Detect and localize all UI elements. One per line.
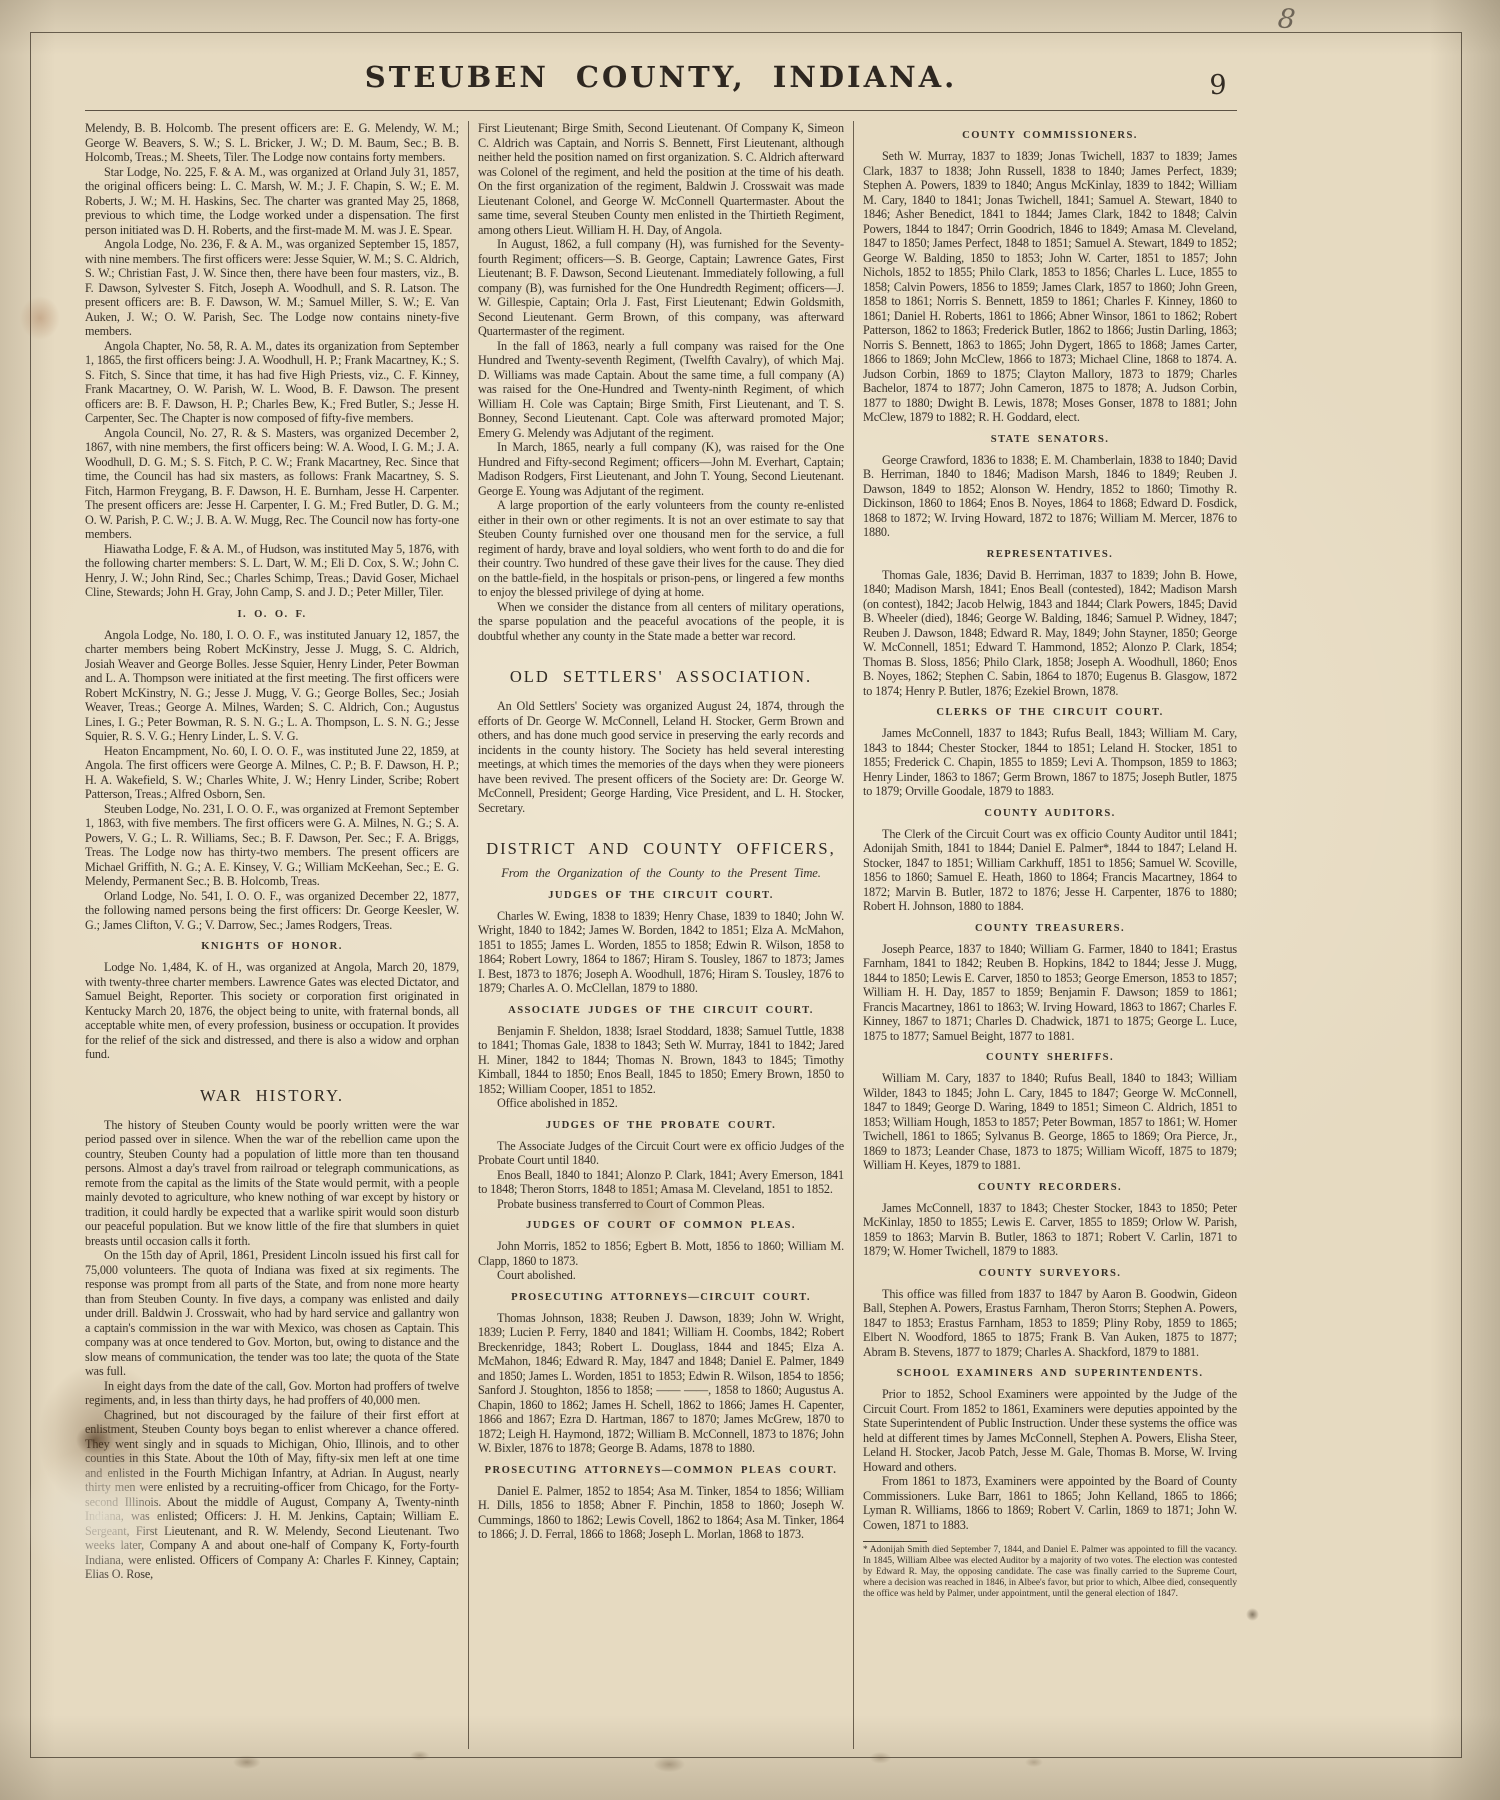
text-columns: Melendy, B. B. Holcomb. The present offi… <box>85 121 1237 1749</box>
paragraph: In March, 1865, nearly a full company (K… <box>478 440 844 498</box>
heading-prosecuting-attorneys-circuit: PROSECUTING ATTORNEYS—CIRCUIT COURT. <box>478 1292 844 1304</box>
paragraph: Angola Lodge, No. 236, F. & A. M., was o… <box>85 237 459 339</box>
paragraph: Angola Chapter, No. 58, R. A. M., dates … <box>85 339 459 426</box>
heading-judges-circuit-court: JUDGES OF THE CIRCUIT COURT. <box>478 890 844 902</box>
paragraph: Steuben Lodge, No. 231, I. O. O. F., was… <box>85 802 459 889</box>
handwritten-folio-number: 8 <box>1276 3 1296 36</box>
book-page: { "page": { "handwritten_folio": "8", "p… <box>0 0 1500 1800</box>
heading-clerks-circuit-court: CLERKS OF THE CIRCUIT COURT. <box>863 707 1237 719</box>
heading-ioof: I. O. O. F. <box>85 609 459 621</box>
paragraph: On the 15th day of April, 1861, Presiden… <box>85 1248 459 1379</box>
footnote-adonijah-smith: * Adonijah Smith died September 7, 1844,… <box>863 1541 1237 1600</box>
page-title: STEUBEN COUNTY, INDIANA. <box>85 60 1237 94</box>
paragraph: Benjamin F. Sheldon, 1838; Israel Stodda… <box>478 1024 844 1097</box>
paragraph: Orland Lodge, No. 541, I. O. O. F., was … <box>85 889 459 933</box>
title-divider-rule <box>85 110 1237 111</box>
paragraph: Daniel E. Palmer, 1852 to 1854; Asa M. T… <box>478 1484 844 1542</box>
paragraph: First Lieutenant; Birge Smith, Second Li… <box>478 121 844 237</box>
paragraph: Melendy, B. B. Holcomb. The present offi… <box>85 121 459 165</box>
paragraph: A large proportion of the early voluntee… <box>478 498 844 600</box>
column-divider-rule <box>468 121 469 1749</box>
heading-county-surveyors: COUNTY SURVEYORS. <box>863 1268 1237 1280</box>
heading-county-commissioners: COUNTY COMMISSIONERS. <box>863 130 1237 142</box>
paragraph: The Associate Judges of the Circuit Cour… <box>478 1139 844 1168</box>
paragraph: From 1861 to 1873, Examiners were appoin… <box>863 1474 1237 1532</box>
stain <box>1246 1608 1259 1621</box>
paragraph: Star Lodge, No. 225, F. & A. M., was org… <box>85 165 459 238</box>
paragraph: Court abolished. <box>478 1268 844 1283</box>
paragraph: The Clerk of the Circuit Court was ex of… <box>863 827 1237 914</box>
paragraph: In August, 1862, a full company (H), was… <box>478 237 844 339</box>
paragraph: George Crawford, 1836 to 1838; E. M. Cha… <box>863 453 1237 540</box>
paragraph: Probate business transferred to Court of… <box>478 1197 844 1212</box>
column-3: COUNTY COMMISSIONERS.Seth W. Murray, 183… <box>863 121 1237 1749</box>
column-1: Melendy, B. B. Holcomb. The present offi… <box>85 121 459 1749</box>
paragraph: Lodge No. 1,484, K. of H., was organized… <box>85 960 459 1062</box>
heading-county-recorders: COUNTY RECORDERS. <box>863 1182 1237 1194</box>
paragraph: Prior to 1852, School Examiners were app… <box>863 1387 1237 1474</box>
heading-war-history: WAR HISTORY. <box>85 1086 459 1105</box>
paragraph: Heaton Encampment, No. 60, I. O. O. F., … <box>85 744 459 802</box>
heading-judges-common-pleas: JUDGES OF COURT OF COMMON PLEAS. <box>478 1220 844 1232</box>
stain <box>20 296 60 340</box>
paragraph: Seth W. Murray, 1837 to 1839; Jonas Twic… <box>863 149 1237 425</box>
paragraph: Angola Lodge, No. 180, I. O. O. F., was … <box>85 628 459 744</box>
heading-county-treasurers: COUNTY TREASURERS. <box>863 923 1237 935</box>
heading-school-examiners: SCHOOL EXAMINERS AND SUPERINTENDENTS. <box>863 1368 1237 1380</box>
paragraph: Enos Beall, 1840 to 1841; Alonzo P. Clar… <box>478 1168 844 1197</box>
paragraph: James McConnell, 1837 to 1843; Chester S… <box>863 1201 1237 1259</box>
column-divider-rule <box>853 121 854 1749</box>
page-number: 9 <box>1196 70 1240 101</box>
column-2: First Lieutenant; Birge Smith, Second Li… <box>478 121 844 1749</box>
paragraph: This office was filled from 1837 to 1847… <box>863 1287 1237 1360</box>
heading-judges-probate-court: JUDGES OF THE PROBATE COURT. <box>478 1120 844 1132</box>
subtitle-district-county-officers: From the Organization of the County to t… <box>478 866 844 881</box>
paragraph: Office abolished in 1852. <box>478 1096 844 1111</box>
paragraph: Chagrined, but not discouraged by the fa… <box>85 1408 459 1582</box>
paragraph: Thomas Gale, 1836; David B. Herriman, 18… <box>863 568 1237 699</box>
paragraph: Hiawatha Lodge, F. & A. M., of Hudson, w… <box>85 542 459 600</box>
heading-state-senators: STATE SENATORS. <box>863 434 1237 446</box>
heading-district-county-officers: DISTRICT AND COUNTY OFFICERS, <box>478 839 844 858</box>
paragraph: James McConnell, 1837 to 1843; Rufus Bea… <box>863 726 1237 799</box>
heading-county-sheriffs: COUNTY SHERIFFS. <box>863 1052 1237 1064</box>
paragraph: An Old Settlers' Society was organized A… <box>478 699 844 815</box>
paragraph: William M. Cary, 1837 to 1840; Rufus Bea… <box>863 1071 1237 1173</box>
paragraph: In the fall of 1863, nearly a full compa… <box>478 339 844 441</box>
paragraph: Thomas Johnson, 1838; Reuben J. Dawson, … <box>478 1311 844 1456</box>
heading-county-auditors: COUNTY AUDITORS. <box>863 808 1237 820</box>
heading-associate-judges: ASSOCIATE JUDGES OF THE CIRCUIT COURT. <box>478 1005 844 1017</box>
paragraph: John Morris, 1852 to 1856; Egbert B. Mot… <box>478 1239 844 1268</box>
paragraph: The history of Steuben County would be p… <box>85 1118 459 1249</box>
paragraph: When we consider the distance from all c… <box>478 600 844 644</box>
paragraph: Joseph Pearce, 1837 to 1840; William G. … <box>863 942 1237 1044</box>
heading-knights-of-honor: KNIGHTS OF HONOR. <box>85 941 459 953</box>
paragraph: Angola Council, No. 27, R. & S. Masters,… <box>85 426 459 542</box>
paragraph: Charles W. Ewing, 1838 to 1839; Henry Ch… <box>478 909 844 996</box>
heading-representatives: REPRESENTATIVES. <box>863 549 1237 561</box>
heading-old-settlers-association: OLD SETTLERS' ASSOCIATION. <box>478 667 844 686</box>
paragraph: In eight days from the date of the call,… <box>85 1379 459 1408</box>
heading-prosecuting-attorneys-common-pleas: PROSECUTING ATTORNEYS—COMMON PLEAS COURT… <box>478 1465 844 1477</box>
